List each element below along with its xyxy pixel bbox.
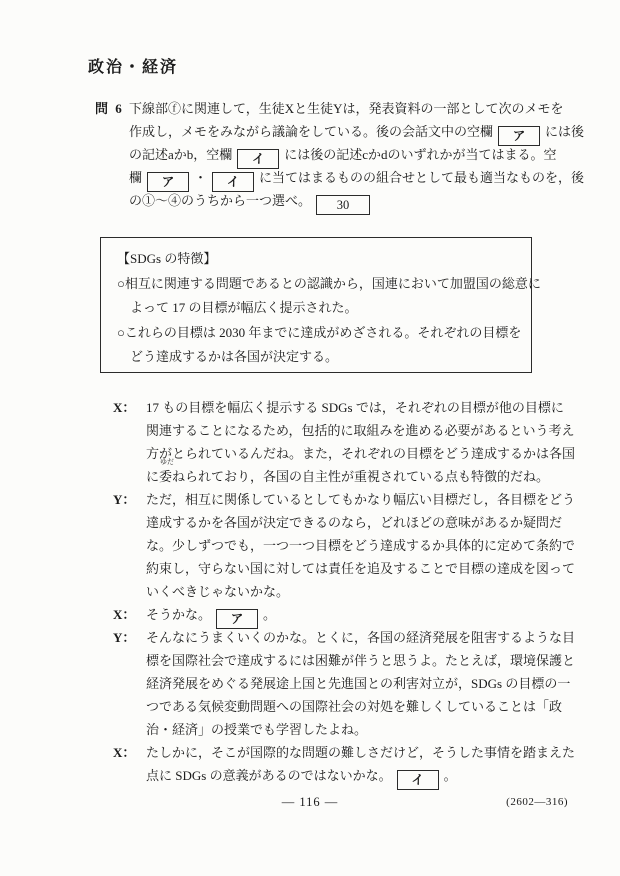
speech-x1: X： 17 もの目標を幅広く提示する SDGs では，それぞれの目標が他の目標に… xyxy=(113,396,593,488)
memo-text: よって 17 の目標が幅広く提示された。 xyxy=(130,300,358,315)
text-line: ○相互に関連する問題であるとの認識から，国連において加盟国の総意に xyxy=(117,272,531,297)
memo-box: 【SDGs の特徴】 ○相互に関連する問題であるとの認識から，国連において加盟国… xyxy=(100,237,532,373)
speech-text: 達成するかを各国が決定できるのなら，どれほどの意味があるか疑問だ xyxy=(146,515,562,530)
text-line: 経済発展をめぐる発展途上国と先進国との利害対立が，SDGs の目標の一 xyxy=(146,672,593,695)
ruby-yudaneru: ゆだ委 xyxy=(159,465,172,488)
memo-text: ○相互に関連する問題であるとの認識から，国連において加盟国の総意に xyxy=(117,276,541,291)
dialogue-section: X： 17 もの目標を幅広く提示する SDGs では，それぞれの目標が他の目標に… xyxy=(113,396,593,787)
text-line: たしかに，そこが国際的な問題の難しさだけど，そうした事情を踏まえた xyxy=(146,741,593,764)
text-line: いくべきじゃないかな。 xyxy=(146,580,593,603)
text-line: ○これらの目標は 2030 年までに達成がめざされる。それぞれの目標を xyxy=(117,321,531,346)
text-line: 治・経済」の授業でも学習したよね。 xyxy=(146,718,593,741)
text-line: そんなにうまくいくのかな。とくに，各国の経済発展を阻害するような目 xyxy=(146,626,593,649)
text-line: よって 17 の目標が幅広く提示された。 xyxy=(117,296,531,321)
speech-x2: X： そうかな。ア。 xyxy=(113,603,593,626)
speech-text: つである気候変動問題への国際社会の対処を難しくしていることは「政 xyxy=(146,699,562,714)
speech-text: 。 xyxy=(444,768,457,783)
question-number: 問 6 xyxy=(95,97,124,120)
speech-text: 標を国際社会で達成するには困難が伴うと思うよ。たとえば，環境保護と xyxy=(146,653,575,668)
question-block: 問 6 下線部ⓕに関連して，生徒Xと生徒Yは，発表資料の一部として次のメモを 作… xyxy=(95,97,573,212)
question-text: 作成し，メモをみながら議論をしている。後の会話文中の空欄 xyxy=(129,124,493,139)
speech-text: いくべきじゃないかな。 xyxy=(146,584,289,599)
question-text: 欄 xyxy=(129,170,142,185)
furigana: ゆだ xyxy=(160,459,174,466)
question-body: 下線部ⓕに関連して，生徒Xと生徒Yは，発表資料の一部として次のメモを 作成し，メ… xyxy=(129,97,573,212)
speech-text: 経済発展をめぐる発展途上国と先進国との利害対立が，SDGs の目標の一 xyxy=(146,676,570,691)
speaker-label-x: X： xyxy=(113,396,135,419)
text-line: 17 もの目標を幅広く提示する SDGs では，それぞれの目標が他の目標に xyxy=(146,396,593,419)
text-line: そうかな。ア。 xyxy=(146,603,593,626)
text-line: 約束し，守らない国に対しては責任を追及することで目標の達成を図って xyxy=(146,557,593,580)
speech-text: ただ，相互に関係しているとしてもかなり幅広い目標だし，各目標をどう xyxy=(146,492,575,507)
ruby-base: 委 xyxy=(159,469,172,484)
speaker-label-y: Y： xyxy=(113,626,135,649)
answer-number-box: 30 xyxy=(316,195,370,215)
question-text: には後の記述cかdのいずれかが当てはまる。空 xyxy=(284,147,556,162)
memo-title-text: 【SDGs の特徴】 xyxy=(117,251,216,266)
speech-text: そうかな。 xyxy=(146,607,211,622)
speaker-label-x: X： xyxy=(113,603,135,626)
speech-y2: Y： そんなにうまくいくのかな。とくに，各国の経済発展を阻害するような目 標を国… xyxy=(113,626,593,741)
question-text: の①～④のうちから一つ選べ。 xyxy=(129,193,311,208)
memo-text: ○これらの目標は 2030 年までに達成がめざされる。それぞれの目標を xyxy=(117,325,521,340)
speech-text: 。 xyxy=(263,607,276,622)
question-text: ・ xyxy=(194,170,207,185)
memo-text: どう達成するかは各国が決定する。 xyxy=(130,349,338,364)
text-line: つである気候変動問題への国際社会の対処を難しくしていることは「政 xyxy=(146,695,593,718)
speech-text: 関連することになるため，包括的に取組みを進める必要があるという考え xyxy=(146,423,574,438)
text-line: 方がとられているんだね。また，それぞれの目標をどう達成するかは各国 xyxy=(146,442,593,465)
exam-page: 政治・経済 問 6 下線部ⓕに関連して，生徒Xと生徒Yは，発表資料の一部として次… xyxy=(0,0,620,876)
speech-text: 17 もの目標を幅広く提示する SDGs では，それぞれの目標が他の目標に xyxy=(146,400,564,415)
speech-x3: X： たしかに，そこが国際的な問題の難しさだけど，そうした事情を踏まえた 点に … xyxy=(113,741,593,787)
text-line: ただ，相互に関係しているとしてもかなり幅広い目標だし，各目標をどう xyxy=(146,488,593,511)
text-line: な。少しずつでも，一つ一つ目標をどう達成するか具体的に定めて条約で xyxy=(146,534,593,557)
text-line: 作成し，メモをみながら議論をしている。後の会話文中の空欄アには後 xyxy=(129,120,573,143)
question-text: 下線部ⓕに関連して，生徒Xと生徒Yは，発表資料の一部として次のメモを xyxy=(129,101,564,116)
speech-text: ねられており，各国の自主性が重視されている点も特徴的だね。 xyxy=(172,469,549,484)
print-code: (2602—316) xyxy=(506,796,568,808)
speech-text: 約束し，守らない国に対しては責任を追及することで目標の達成を図って xyxy=(146,561,575,576)
speaker-label-y: Y： xyxy=(113,488,135,511)
speech-y1: Y： ただ，相互に関係しているとしてもかなり幅広い目標だし，各目標をどう 達成す… xyxy=(113,488,593,603)
speech-text: 方がとられているんだね。また，それぞれの目標をどう達成するかは各国 xyxy=(146,446,575,461)
speech-text: 治・経済」の授業でも学習したよね。 xyxy=(146,722,367,737)
speech-text: たしかに，そこが国際的な問題の難しさだけど，そうした事情を踏まえた xyxy=(146,745,575,760)
text-line: 関連することになるため，包括的に取組みを進める必要があるという考え xyxy=(146,419,593,442)
blank-box-b: イ xyxy=(397,770,439,790)
text-line: 欄ア・イに当てはまるものの組合せとして最も適当なものを，後 xyxy=(129,166,573,189)
subject-title: 政治・経済 xyxy=(88,54,178,77)
speech-text: そんなにうまくいくのかな。とくに，各国の経済発展を阻害するような目 xyxy=(146,630,575,645)
text-line: の①～④のうちから一つ選べ。30 xyxy=(129,189,573,212)
question-text: の記述aかb，空欄 xyxy=(129,147,232,162)
speech-text: に xyxy=(146,469,159,484)
text-line: 標を国際社会で達成するには困難が伴うと思うよ。たとえば，環境保護と xyxy=(146,649,593,672)
speaker-label-x: X： xyxy=(113,741,135,764)
text-line: どう達成するかは各国が決定する。 xyxy=(117,345,531,370)
question-text: には後 xyxy=(545,124,584,139)
text-line: 点に SDGs の意義があるのではないかな。イ。 xyxy=(146,764,593,787)
text-line: にゆだ委ねられており，各国の自主性が重視されている点も特徴的だね。 xyxy=(146,465,593,488)
text-line: 達成するかを各国が決定できるのなら，どれほどの意味があるか疑問だ xyxy=(146,511,593,534)
speech-text: な。少しずつでも，一つ一つ目標をどう達成するか具体的に定めて条約で xyxy=(146,538,575,553)
question-text: に当てはまるものの組合せとして最も適当なものを，後 xyxy=(259,170,584,185)
text-line: 下線部ⓕに関連して，生徒Xと生徒Yは，発表資料の一部として次のメモを xyxy=(129,97,573,120)
text-line: の記述aかb，空欄イには後の記述cかdのいずれかが当てはまる。空 xyxy=(129,143,573,166)
speech-text: 点に SDGs の意義があるのではないかな。 xyxy=(146,768,392,783)
memo-title: 【SDGs の特徴】 xyxy=(117,247,531,272)
